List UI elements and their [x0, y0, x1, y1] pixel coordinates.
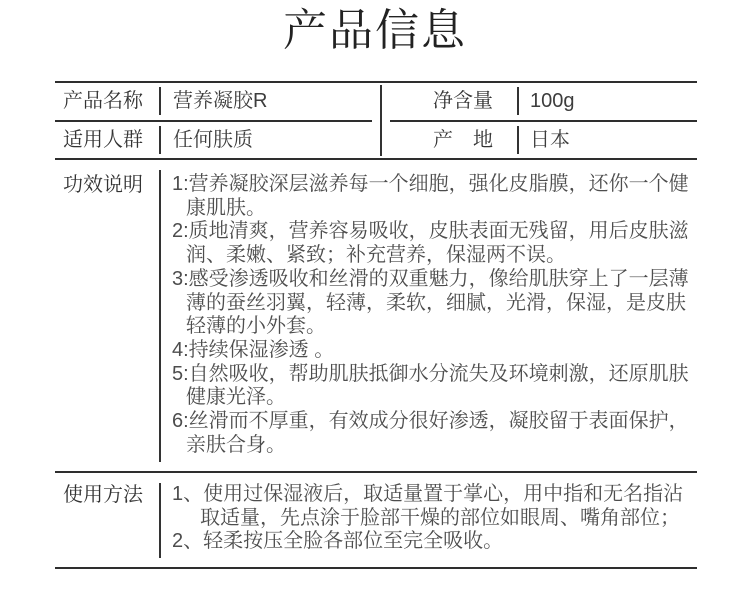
text-line: 取适量，先点涂于脸部干燥的部位如眼周、嘴角部位；: [172, 507, 697, 531]
product-name-value: 营养凝胶R: [173, 83, 267, 120]
spec-table: 产品名称 营养凝胶R 净含量 100g 适用人群 任何肤质 产地 日本: [55, 81, 697, 160]
content-column: 产品名称 营养凝胶R 净含量 100g 适用人群 任何肤质 产地 日本 功效说明…: [55, 81, 697, 569]
text-line: 3:感受渗透吸收和丝滑的双重魅力，像给肌肤穿上了一层薄: [172, 268, 697, 292]
usage-vertical-rule: [159, 483, 161, 558]
text-line: 5:自然吸收，帮助肌肤抵御水分流失及环境刺激，还原肌肤: [172, 363, 697, 387]
page-header: 产品信息: [0, 0, 750, 81]
net-content-value: 100g: [530, 83, 575, 120]
product-info-page: 产品信息 产品名称 营养凝胶R 净含量 100g 适用人群 任何肤质 产地: [0, 0, 750, 592]
text-line: 4:持续保湿渗透 。: [172, 339, 697, 363]
text-line: 薄的蚕丝羽翼，轻薄，柔软，细腻，光滑，保湿，是皮肤: [172, 292, 697, 316]
net-content-label: 净含量: [433, 83, 493, 120]
usage-content: 1、使用过保湿液后，取适量置于掌心，用中指和无名指沾取适量，先点涂于脸部干燥的部…: [159, 483, 697, 554]
origin-label: 产地: [433, 122, 493, 158]
table-center-divider: [380, 85, 382, 156]
text-line: 1、使用过保湿液后，取适量置于掌心，用中指和无名指沾: [172, 483, 697, 507]
origin-divider: [517, 126, 519, 154]
text-line: 轻薄的小外套。: [172, 315, 697, 339]
skin-type-value: 任何肤质: [173, 122, 253, 158]
table-top-line: [55, 81, 697, 83]
efficacy-content: 1:营养凝胶深层滋养每一个细胞，强化皮脂膜，还你一个健康肌肤。2:质地清爽，营养…: [159, 173, 697, 457]
text-line: 2:质地清爽，营养容易吸收，皮肤表面无残留，用后皮肤滋: [172, 220, 697, 244]
text-line: 亲肤合身。: [172, 434, 697, 458]
usage-section: 使用方法 1、使用过保湿液后，取适量置于掌心，用中指和无名指沾取适量，先点涂于脸…: [55, 471, 697, 569]
usage-label: 使用方法: [55, 483, 159, 567]
skin-type-label: 适用人群: [63, 122, 143, 158]
page-title: 产品信息: [0, 5, 750, 57]
net-content-divider: [517, 87, 519, 115]
text-line: 润、柔嫩、紧致；补充营养，保湿两不误。: [172, 244, 697, 268]
text-line: 2、轻柔按压全脸各部位至完全吸收。: [172, 530, 697, 554]
efficacy-body: 1:营养凝胶深层滋养每一个细胞，强化皮脂膜，还你一个健康肌肤。2:质地清爽，营养…: [159, 173, 697, 471]
usage-body: 1、使用过保湿液后，取适量置于掌心，用中指和无名指沾取适量，先点涂于脸部干燥的部…: [159, 483, 697, 567]
product-name-label: 产品名称: [63, 83, 143, 120]
text-line: 6:丝滑而不厚重，有效成分很好渗透，凝胶留于表面保护，: [172, 410, 697, 434]
text-line: 健康光泽。: [172, 386, 697, 410]
efficacy-label: 功效说明: [55, 173, 159, 471]
efficacy-vertical-rule: [159, 170, 161, 462]
product-name-divider: [159, 87, 161, 115]
origin-value: 日本: [530, 122, 570, 158]
text-line: 康肌肤。: [172, 197, 697, 221]
skin-type-divider: [159, 126, 161, 154]
efficacy-section: 功效说明 1:营养凝胶深层滋养每一个细胞，强化皮脂膜，还你一个健康肌肤。2:质地…: [55, 160, 697, 471]
text-line: 1:营养凝胶深层滋养每一个细胞，强化皮脂膜，还你一个健: [172, 173, 697, 197]
